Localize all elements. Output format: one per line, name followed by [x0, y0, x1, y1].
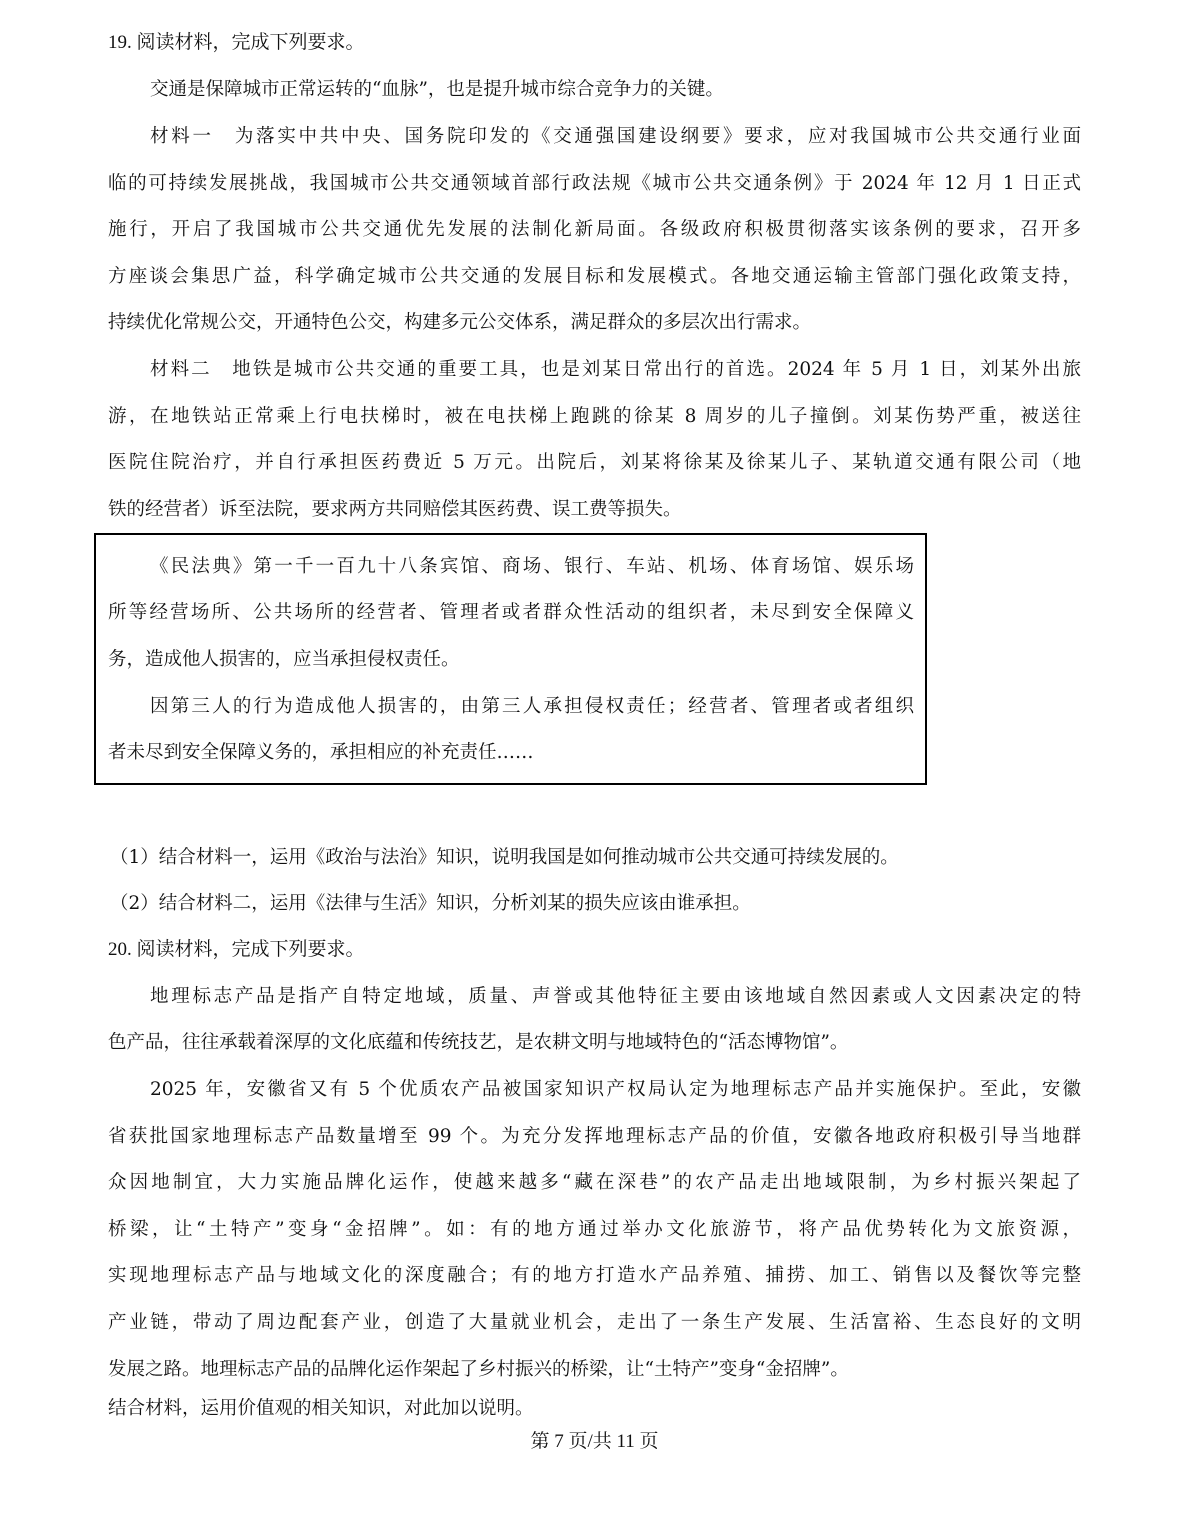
q19-material2-line: 游，在地铁站正常乘上行电扶梯时，被在电扶梯上跑跳的徐某 8 周岁的儿子撞倒。刘某… [108, 402, 1081, 432]
civil-code-excerpt-box: 《民法典》第一千一百九十八条宾馆、商场、银行、车站、机场、体育场馆、娱乐场 所等… [94, 533, 927, 785]
q19-material2-line: 铁的经营者）诉至法院，要求两方共同赔偿其医药费、误工费等损失。 [108, 495, 1081, 525]
q20-para2-line: 省获批国家地理标志产品数量增至 99 个。为充分发挥地理标志产品的价值，安徽各地… [108, 1122, 1081, 1152]
q20-para1-line: 地理标志产品是指产自特定地域，质量、声誉或其他特征主要由该地域自然因素或人文因素… [150, 982, 1081, 1012]
q19-material2-line: 材料二 地铁是城市公共交通的重要工具，也是刘某日常出行的首选。2024 年 5 … [150, 355, 1081, 385]
law-box-line: 务，造成他人损害的，应当承担侵权责任。 [108, 645, 914, 675]
q20-para2-line: 桥梁，让“土特产”变身“金招牌”。如：有的地方通过举办文化旅游节，将产品优势转化… [108, 1215, 1081, 1245]
q19-material1-line: 持续优化常规公交，开通特色公交，构建多元公交体系，满足群众的多层次出行需求。 [108, 308, 1081, 338]
q19-material2-line: 医院住院治疗，并自行承担医药费近 5 万元。出院后，刘某将徐某及徐某儿子、某轨道… [108, 448, 1081, 478]
q19-material1-line: 临的可持续发展挑战，我国城市公共交通领域首部行政法规《城市公共交通条例》于 20… [108, 169, 1081, 199]
q20-para2-line: 实现地理标志产品与地域文化的深度融合；有的地方打造水产品养殖、捕捞、加工、销售以… [108, 1261, 1081, 1291]
exam-page: 19. 阅读材料，完成下列要求。 交通是保障城市正常运转的“血脉”，也是提升城市… [0, 0, 1189, 1515]
q20-para2-line: 2025 年，安徽省又有 5 个优质农产品被国家知识产权局认定为地理标志产品并实… [150, 1075, 1081, 1105]
law-box-line: 所等经营场所、公共场所的经营者、管理者或者群众性活动的组织者，未尽到安全保障义 [108, 598, 914, 628]
q19-material1-line: 材料一 为落实中共中央、国务院印发的《交通强国建设纲要》要求，应对我国城市公共交… [150, 122, 1081, 152]
q19-intro: 交通是保障城市正常运转的“血脉”，也是提升城市综合竞争力的关键。 [150, 75, 1081, 105]
q20-para2-line: 发展之路。地理标志产品的品牌化运作架起了乡村振兴的桥梁，让“土特产”变身“金招牌… [108, 1355, 1081, 1385]
q19-sub-question-2: （2）结合材料二，运用《法律与生活》知识，分析刘某的损失应该由谁承担。 [110, 889, 1083, 919]
q20-para2-line: 众因地制宜，大力实施品牌化运作，使越来越多“藏在深巷”的农产品走出地域限制，为乡… [108, 1168, 1081, 1198]
q19-title: 19. 阅读材料，完成下列要求。 [108, 28, 1081, 58]
q20-question: 结合材料，运用价值观的相关知识，对此加以说明。 [108, 1394, 1081, 1424]
q19-material1-line: 施行，开启了我国城市公共交通优先发展的法制化新局面。各级政府积极贯彻落实该条例的… [108, 215, 1081, 245]
law-box-line: 者未尽到安全保障义务的，承担相应的补充责任…… [108, 738, 914, 768]
law-box-line: 《民法典》第一千一百九十八条宾馆、商场、银行、车站、机场、体育场馆、娱乐场 [150, 552, 914, 582]
page-number: 第 7 页/共 11 页 [0, 1427, 1189, 1457]
law-box-line: 因第三人的行为造成他人损害的，由第三人承担侵权责任；经营者、管理者或者组织 [150, 692, 914, 722]
q20-title: 20. 阅读材料，完成下列要求。 [108, 935, 1081, 965]
q20-para1-line: 色产品，往往承载着深厚的文化底蕴和传统技艺，是农耕文明与地域特色的“活态博物馆”… [108, 1028, 1081, 1058]
q19-material1-line: 方座谈会集思广益，科学确定城市公共交通的发展目标和发展模式。各地交通运输主管部门… [108, 262, 1081, 292]
q19-sub-question-1: （1）结合材料一，运用《政治与法治》知识，说明我国是如何推动城市公共交通可持续发… [110, 843, 1083, 873]
q20-para2-line: 产业链，带动了周边配套产业，创造了大量就业机会，走出了一条生产发展、生活富裕、生… [108, 1308, 1081, 1338]
